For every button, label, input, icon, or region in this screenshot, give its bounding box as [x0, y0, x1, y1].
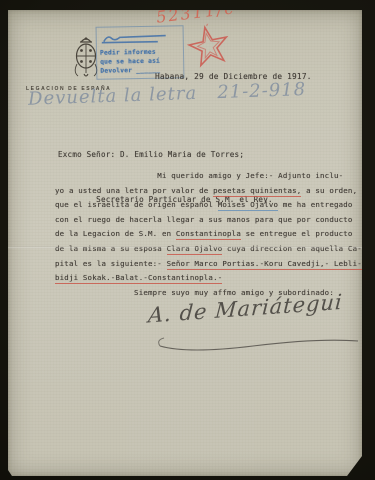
- letter-paper: 52311/c LEGACION DE ESPAÑA: [8, 10, 362, 476]
- body-line: de la misma a su esposa Clara Ojalvo cuy…: [55, 242, 362, 257]
- body-line: que el israelita de origen español Moise…: [55, 198, 362, 213]
- body-line: con el ruego de hacerla llegar a sus man…: [55, 213, 362, 228]
- letter-body: Mi querido amigo y Jefe:- Adjunto inclu-…: [55, 169, 362, 300]
- signature-flourish: [158, 332, 363, 356]
- body-line: de la Legacion de S.M. en Constantinopla…: [55, 227, 362, 242]
- body-line: bidji Sokak.-Balat.-Constantinopla.-: [55, 271, 362, 286]
- recipient-name: Excmo Señor: D. Emilio Maria de Torres;: [58, 147, 273, 162]
- fold-crease: [8, 246, 362, 249]
- body-line: yo a usted una letra por valor de peseta…: [55, 184, 362, 199]
- stamp-scribble-icon: [100, 32, 172, 44]
- red-star-stamp: [182, 20, 237, 75]
- handwritten-annotation: Devuelta la letra 21-2-918: [28, 79, 299, 109]
- body-line: pital es la siguiente:- Señor Marco Port…: [55, 257, 362, 272]
- body-line: Mi querido amigo y Jefe:- Adjunto inclu-: [55, 169, 362, 184]
- scanned-letter-page: 52311/c LEGACION DE ESPAÑA: [0, 0, 375, 480]
